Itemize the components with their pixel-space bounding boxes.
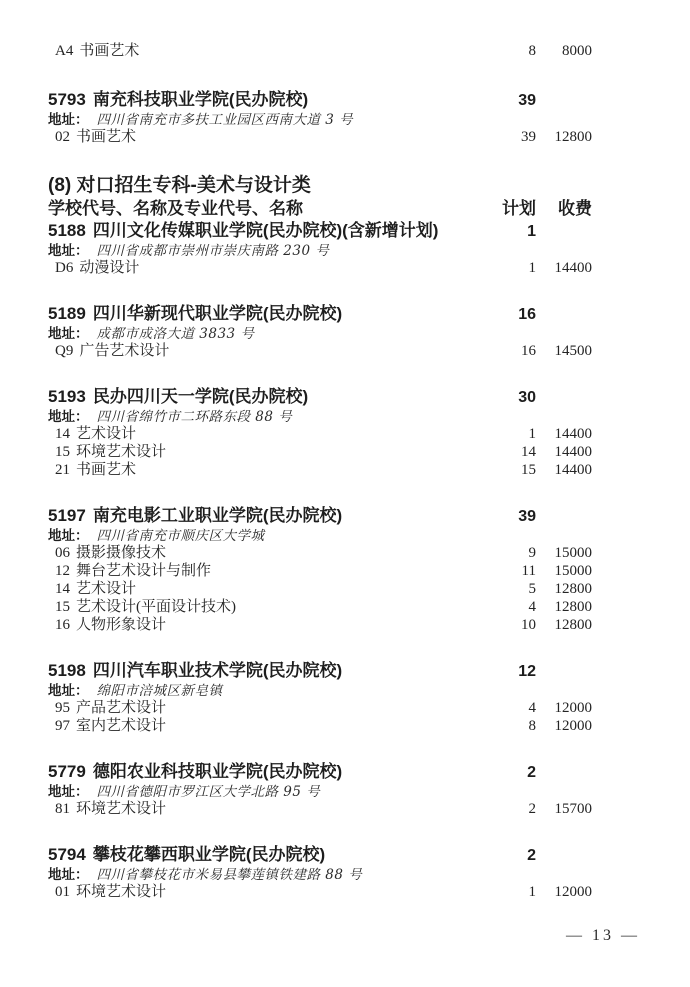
major-name: 艺术设计(平面设计技术) [76, 599, 236, 615]
school-code: 5197 [48, 506, 86, 525]
major-code: 81 [55, 801, 70, 817]
major-row: 95产品艺术设计 4 12000 [48, 699, 592, 717]
major-name: 环境艺术设计 [76, 801, 166, 817]
majors-list: 14艺术设计 1 14400 15环境艺术设计 14 14400 21书画艺术 … [48, 425, 592, 479]
school-name: 攀枝花攀西职业学院(民办院校) [93, 845, 325, 864]
major-fee: 14500 [536, 342, 592, 360]
school-block: 5198四川汽车职业技术学院(民办院校) 12 地址：绵阳市涪城区新皂镇 95产… [48, 661, 592, 735]
school-name-cell: 5189四川华新现代职业学院(民办院校) [48, 304, 486, 323]
address-row: 地址：成都市成洛大道 3833 号 [48, 326, 592, 342]
address-label: 地址： [48, 683, 89, 698]
school-code: 5793 [48, 90, 86, 109]
major-fee: 15000 [536, 544, 592, 562]
major-name: 书画艺术 [79, 43, 139, 59]
major-name: 书画艺术 [76, 129, 136, 145]
major-row: 02书画艺术 39 12800 [48, 128, 592, 146]
majors-list: 95产品艺术设计 4 12000 97室内艺术设计 8 12000 [48, 699, 592, 735]
major-plan-count: 2 [486, 800, 536, 818]
major-fee: 12000 [536, 883, 592, 901]
majors-list: 81环境艺术设计 2 15700 [48, 800, 592, 818]
school-name-cell: 5793南充科技职业学院(民办院校) [48, 90, 486, 109]
major-fee: 14400 [536, 425, 592, 443]
major-name: 舞台艺术设计与制作 [76, 563, 211, 579]
school-plan-total: 39 [486, 507, 536, 526]
school-plan-total: 30 [486, 388, 536, 407]
major-row: 16人物形象设计 10 12800 [48, 616, 592, 634]
address-text: 四川省德阳市罗江区大学北路 95 号 [97, 784, 321, 800]
major-name: 环境艺术设计 [76, 884, 166, 900]
major-name-cell: 14艺术设计 [48, 580, 486, 598]
school-name-cell: 5193民办四川天一学院(民办院校) [48, 387, 486, 406]
major-code: 95 [55, 700, 70, 716]
major-plan-count: 4 [486, 699, 536, 717]
major-code: 97 [55, 718, 70, 734]
major-plan-count: 1 [486, 883, 536, 901]
major-code: 14 [55, 581, 70, 597]
major-code: 14 [55, 426, 70, 442]
major-name: 人物形象设计 [76, 617, 166, 633]
major-name: 产品艺术设计 [76, 700, 166, 716]
school-name: 四川文化传媒职业学院(民办院校)(含新增计划) [93, 221, 439, 240]
school-code: 5188 [48, 221, 86, 240]
major-row: D6动漫设计 1 14400 [48, 259, 592, 277]
major-name: 广告艺术设计 [79, 343, 169, 359]
major-name-cell: A4书画艺术 [48, 42, 486, 60]
school-row: 5188四川文化传媒职业学院(民办院校)(含新增计划) 1 [48, 221, 592, 241]
major-plan-count: 16 [486, 342, 536, 360]
school-row: 5193民办四川天一学院(民办院校) 30 [48, 387, 592, 407]
major-plan-count: 8 [486, 42, 536, 60]
major-fee: 12800 [536, 128, 592, 146]
major-plan-count: 11 [486, 562, 536, 580]
major-name-cell: 81环境艺术设计 [48, 800, 486, 818]
school-name: 南充电影工业职业学院(民办院校) [93, 506, 342, 525]
school-name: 四川汽车职业技术学院(民办院校) [93, 661, 342, 680]
school-name-cell: 5779德阳农业科技职业学院(民办院校) [48, 762, 486, 781]
major-fee: 14400 [536, 443, 592, 461]
school-code: 5189 [48, 304, 86, 323]
school-name-cell: 5197南充电影工业职业学院(民办院校) [48, 506, 486, 525]
major-name-cell: 02书画艺术 [48, 128, 486, 146]
major-plan-count: 5 [486, 580, 536, 598]
document-page: A4书画艺术 8 8000 5793南充科技职业学院(民办院校) 39 地址：四… [0, 0, 690, 987]
school-plan-total: 12 [486, 662, 536, 681]
school-name: 四川华新现代职业学院(民办院校) [93, 304, 342, 323]
major-fee: 12000 [536, 717, 592, 735]
major-row: A4书画艺术 8 8000 [48, 42, 592, 60]
address-text: 四川省攀枝花市米易县攀莲镇铁建路 88 号 [97, 867, 363, 883]
school-plan-total: 39 [486, 91, 536, 110]
admission-plan-list: A4书画艺术 8 8000 5793南充科技职业学院(民办院校) 39 地址：四… [48, 42, 592, 901]
major-row: 97室内艺术设计 8 12000 [48, 717, 592, 735]
major-fee: 12800 [536, 616, 592, 634]
column-header-row: 学校代号、名称及专业代号、名称 计划 收费 [48, 199, 592, 218]
major-name: 室内艺术设计 [76, 718, 166, 734]
major-name-cell: 16人物形象设计 [48, 616, 486, 634]
major-name: 环境艺术设计 [76, 444, 166, 460]
major-code: 21 [55, 462, 70, 478]
major-name: 动漫设计 [79, 260, 139, 276]
major-code: Q9 [55, 343, 73, 359]
address-label: 地址： [48, 409, 89, 424]
continued-majors-list: A4书画艺术 8 8000 [48, 42, 592, 60]
major-fee: 8000 [536, 42, 592, 60]
major-name-cell: D6动漫设计 [48, 259, 486, 277]
column-header-fee: 收费 [536, 199, 592, 218]
address-text: 成都市成洛大道 3833 号 [97, 326, 255, 342]
majors-list: 01环境艺术设计 1 12000 [48, 883, 592, 901]
address-label: 地址： [48, 528, 89, 543]
majors-list: 06摄影摄像技术 9 15000 12舞台艺术设计与制作 11 15000 14… [48, 544, 592, 634]
major-row: 06摄影摄像技术 9 15000 [48, 544, 592, 562]
major-code: A4 [55, 43, 73, 59]
major-row: 12舞台艺术设计与制作 11 15000 [48, 562, 592, 580]
major-fee: 15000 [536, 562, 592, 580]
school-row: 5793南充科技职业学院(民办院校) 39 [48, 90, 592, 110]
address-label: 地址： [48, 326, 89, 341]
school-row: 5794攀枝花攀西职业学院(民办院校) 2 [48, 845, 592, 865]
column-header-plan: 计划 [486, 199, 536, 218]
major-plan-count: 39 [486, 128, 536, 146]
major-code: 16 [55, 617, 70, 633]
school-block: 5794攀枝花攀西职业学院(民办院校) 2 地址：四川省攀枝花市米易县攀莲镇铁建… [48, 845, 592, 901]
major-code: 06 [55, 545, 70, 561]
major-name-cell: 06摄影摄像技术 [48, 544, 486, 562]
address-row: 地址：四川省南充市顺庆区大学城 [48, 528, 592, 544]
school-plan-total: 2 [486, 763, 536, 782]
address-text: 绵阳市涪城区新皂镇 [97, 683, 223, 699]
major-fee: 12800 [536, 598, 592, 616]
major-plan-count: 9 [486, 544, 536, 562]
school-row: 5198四川汽车职业技术学院(民办院校) 12 [48, 661, 592, 681]
address-row: 地址：四川省德阳市罗江区大学北路 95 号 [48, 784, 592, 800]
major-plan-count: 15 [486, 461, 536, 479]
major-code: 15 [55, 599, 70, 615]
school-code: 5198 [48, 661, 86, 680]
major-name-cell: 95产品艺术设计 [48, 699, 486, 717]
address-text: 四川省成都市崇州市崇庆南路 230 号 [97, 243, 330, 259]
address-label: 地址： [48, 867, 89, 882]
address-row: 地址：四川省成都市崇州市崇庆南路 230 号 [48, 243, 592, 259]
major-name-cell: 14艺术设计 [48, 425, 486, 443]
major-plan-count: 14 [486, 443, 536, 461]
major-name: 艺术设计 [76, 581, 136, 597]
major-fee: 15700 [536, 800, 592, 818]
major-row: 14艺术设计 5 12800 [48, 580, 592, 598]
major-name-cell: 15环境艺术设计 [48, 443, 486, 461]
major-plan-count: 10 [486, 616, 536, 634]
major-row: 01环境艺术设计 1 12000 [48, 883, 592, 901]
school-row: 5189四川华新现代职业学院(民办院校) 16 [48, 304, 592, 324]
address-row: 地址：绵阳市涪城区新皂镇 [48, 683, 592, 699]
major-fee: 14400 [536, 259, 592, 277]
section-title: (8) 对口招生专科-美术与设计类 [48, 175, 592, 196]
major-name-cell: Q9广告艺术设计 [48, 342, 486, 360]
major-fee: 12800 [536, 580, 592, 598]
major-name-cell: 12舞台艺术设计与制作 [48, 562, 486, 580]
school-plan-total: 1 [486, 222, 536, 241]
major-plan-count: 1 [486, 259, 536, 277]
major-name-cell: 97室内艺术设计 [48, 717, 486, 735]
majors-list: Q9广告艺术设计 16 14500 [48, 342, 592, 360]
major-row: 15艺术设计(平面设计技术) 4 12800 [48, 598, 592, 616]
major-row: 14艺术设计 1 14400 [48, 425, 592, 443]
school-block: 5193民办四川天一学院(民办院校) 30 地址：四川省绵竹市二环路东段 88 … [48, 387, 592, 479]
school-name: 德阳农业科技职业学院(民办院校) [93, 762, 342, 781]
major-code: 15 [55, 444, 70, 460]
page-number-text: — 13 — [566, 927, 640, 944]
major-plan-count: 8 [486, 717, 536, 735]
page-number: — 13 — [566, 927, 640, 945]
major-code: 02 [55, 129, 70, 145]
schools-before-section: 5793南充科技职业学院(民办院校) 39 地址：四川省南充市多扶工业园区西南大… [48, 90, 592, 146]
school-name-cell: 5198四川汽车职业技术学院(民办院校) [48, 661, 486, 680]
column-header-name: 学校代号、名称及专业代号、名称 [48, 199, 486, 218]
major-plan-count: 4 [486, 598, 536, 616]
major-code: D6 [55, 260, 73, 276]
address-row: 地址：四川省绵竹市二环路东段 88 号 [48, 409, 592, 425]
school-name: 民办四川天一学院(民办院校) [93, 387, 308, 406]
school-code: 5779 [48, 762, 86, 781]
majors-list: 02书画艺术 39 12800 [48, 128, 592, 146]
address-label: 地址： [48, 243, 89, 258]
address-text: 四川省南充市多扶工业园区西南大道 3 号 [97, 112, 354, 128]
major-name-cell: 15艺术设计(平面设计技术) [48, 598, 486, 616]
major-name: 书画艺术 [76, 462, 136, 478]
school-name-cell: 5188四川文化传媒职业学院(民办院校)(含新增计划) [48, 221, 486, 240]
school-code: 5794 [48, 845, 86, 864]
school-row: 5197南充电影工业职业学院(民办院校) 39 [48, 506, 592, 526]
school-name-cell: 5794攀枝花攀西职业学院(民办院校) [48, 845, 486, 864]
school-plan-total: 16 [486, 305, 536, 324]
school-plan-total: 2 [486, 846, 536, 865]
major-code: 01 [55, 884, 70, 900]
school-code: 5193 [48, 387, 86, 406]
section-schools-list: 5188四川文化传媒职业学院(民办院校)(含新增计划) 1 地址：四川省成都市崇… [48, 221, 592, 901]
school-block: 5197南充电影工业职业学院(民办院校) 39 地址：四川省南充市顺庆区大学城 … [48, 506, 592, 634]
major-row: 15环境艺术设计 14 14400 [48, 443, 592, 461]
majors-list: D6动漫设计 1 14400 [48, 259, 592, 277]
school-row: 5779德阳农业科技职业学院(民办院校) 2 [48, 762, 592, 782]
address-text: 四川省绵竹市二环路东段 88 号 [97, 409, 293, 425]
address-label: 地址： [48, 112, 89, 127]
school-block: 5188四川文化传媒职业学院(民办院校)(含新增计划) 1 地址：四川省成都市崇… [48, 221, 592, 277]
address-row: 地址：四川省南充市多扶工业园区西南大道 3 号 [48, 112, 592, 128]
major-fee: 12000 [536, 699, 592, 717]
major-name-cell: 21书画艺术 [48, 461, 486, 479]
major-fee: 14400 [536, 461, 592, 479]
major-row: 81环境艺术设计 2 15700 [48, 800, 592, 818]
major-row: Q9广告艺术设计 16 14500 [48, 342, 592, 360]
major-name: 艺术设计 [76, 426, 136, 442]
major-name: 摄影摄像技术 [76, 545, 166, 561]
school-block: 5779德阳农业科技职业学院(民办院校) 2 地址：四川省德阳市罗江区大学北路 … [48, 762, 592, 818]
major-row: 21书画艺术 15 14400 [48, 461, 592, 479]
major-code: 12 [55, 563, 70, 579]
school-name: 南充科技职业学院(民办院校) [93, 90, 308, 109]
address-row: 地址：四川省攀枝花市米易县攀莲镇铁建路 88 号 [48, 867, 592, 883]
major-name-cell: 01环境艺术设计 [48, 883, 486, 901]
address-text: 四川省南充市顺庆区大学城 [97, 528, 265, 544]
address-label: 地址： [48, 784, 89, 799]
major-plan-count: 1 [486, 425, 536, 443]
school-block: 5189四川华新现代职业学院(民办院校) 16 地址：成都市成洛大道 3833 … [48, 304, 592, 360]
school-block: 5793南充科技职业学院(民办院校) 39 地址：四川省南充市多扶工业园区西南大… [48, 90, 592, 146]
